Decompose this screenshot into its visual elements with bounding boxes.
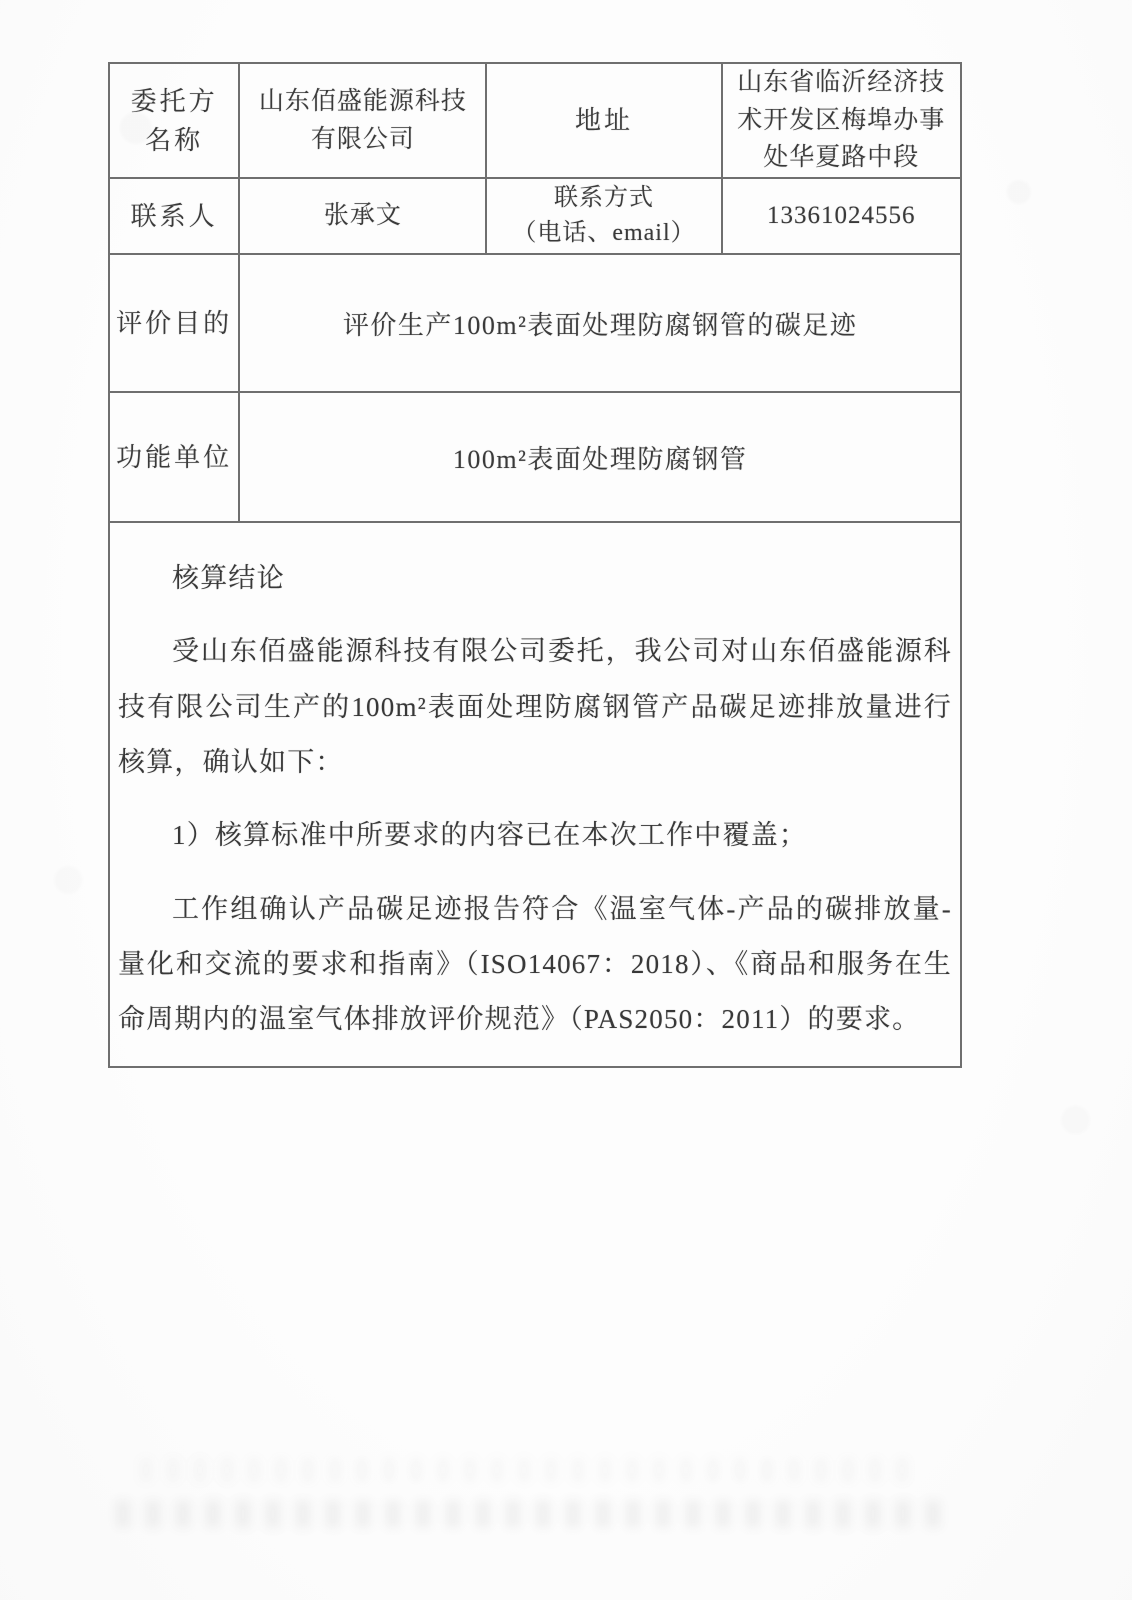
table-row-contact: 联系人 张承文 联系方式 （电话、email） 13361024556 bbox=[109, 178, 961, 254]
client-name-value: 山东佰盛能源科技 有限公司 bbox=[239, 63, 486, 178]
bleed-through-artifact-lower bbox=[115, 1500, 945, 1528]
contact-method-label: 联系方式 （电话、email） bbox=[486, 178, 721, 254]
client-name-label: 委托方 名称 bbox=[109, 63, 239, 178]
functional-unit-value: 100m²表面处理防腐钢管 bbox=[239, 392, 961, 522]
address-value: 山东省临沂经济技 术开发区梅埠办事 处华夏路中段 bbox=[722, 63, 961, 178]
bleed-through-artifact-upper bbox=[140, 1458, 920, 1482]
contact-person-value: 张承文 bbox=[239, 178, 486, 254]
address-label: 地址 bbox=[486, 63, 721, 178]
table-row-functional-unit: 功能单位 100m²表面处理防腐钢管 bbox=[109, 392, 961, 522]
table-row-conclusion: 核算结论 受山东佰盛能源科技有限公司委托，我公司对山东佰盛能源科技有限公司生产的… bbox=[109, 522, 961, 1067]
evaluation-purpose-value: 评价生产100m²表面处理防腐钢管的碳足迹 bbox=[239, 254, 961, 392]
functional-unit-label: 功能单位 bbox=[109, 392, 239, 522]
contact-phone-value: 13361024556 bbox=[722, 178, 961, 254]
conclusion-paragraph-1: 受山东佰盛能源科技有限公司委托，我公司对山东佰盛能源科技有限公司生产的100m²… bbox=[118, 624, 952, 790]
info-table: 委托方 名称 山东佰盛能源科技 有限公司 地址 山东省临沂经济技 术开发区梅埠办… bbox=[108, 62, 962, 1068]
conclusion-heading: 核算结论 bbox=[118, 551, 952, 606]
conclusion-paragraph-2: 1）核算标准中所要求的内容已在本次工作中覆盖； bbox=[118, 808, 952, 863]
evaluation-purpose-label: 评价目的 bbox=[109, 254, 239, 392]
table-row-client: 委托方 名称 山东佰盛能源科技 有限公司 地址 山东省临沂经济技 术开发区梅埠办… bbox=[109, 63, 961, 178]
table-row-purpose: 评价目的 评价生产100m²表面处理防腐钢管的碳足迹 bbox=[109, 254, 961, 392]
contact-person-label: 联系人 bbox=[109, 178, 239, 254]
conclusion-paragraph-3: 工作组确认产品碳足迹报告符合《温室气体-产品的碳排放量-量化和交流的要求和指南》… bbox=[118, 882, 952, 1048]
document-table-area: 委托方 名称 山东佰盛能源科技 有限公司 地址 山东省临沂经济技 术开发区梅埠办… bbox=[108, 62, 962, 1068]
conclusion-cell: 核算结论 受山东佰盛能源科技有限公司委托，我公司对山东佰盛能源科技有限公司生产的… bbox=[109, 522, 961, 1067]
scanned-document-page: 委托方 名称 山东佰盛能源科技 有限公司 地址 山东省临沂经济技 术开发区梅埠办… bbox=[0, 0, 1132, 1600]
